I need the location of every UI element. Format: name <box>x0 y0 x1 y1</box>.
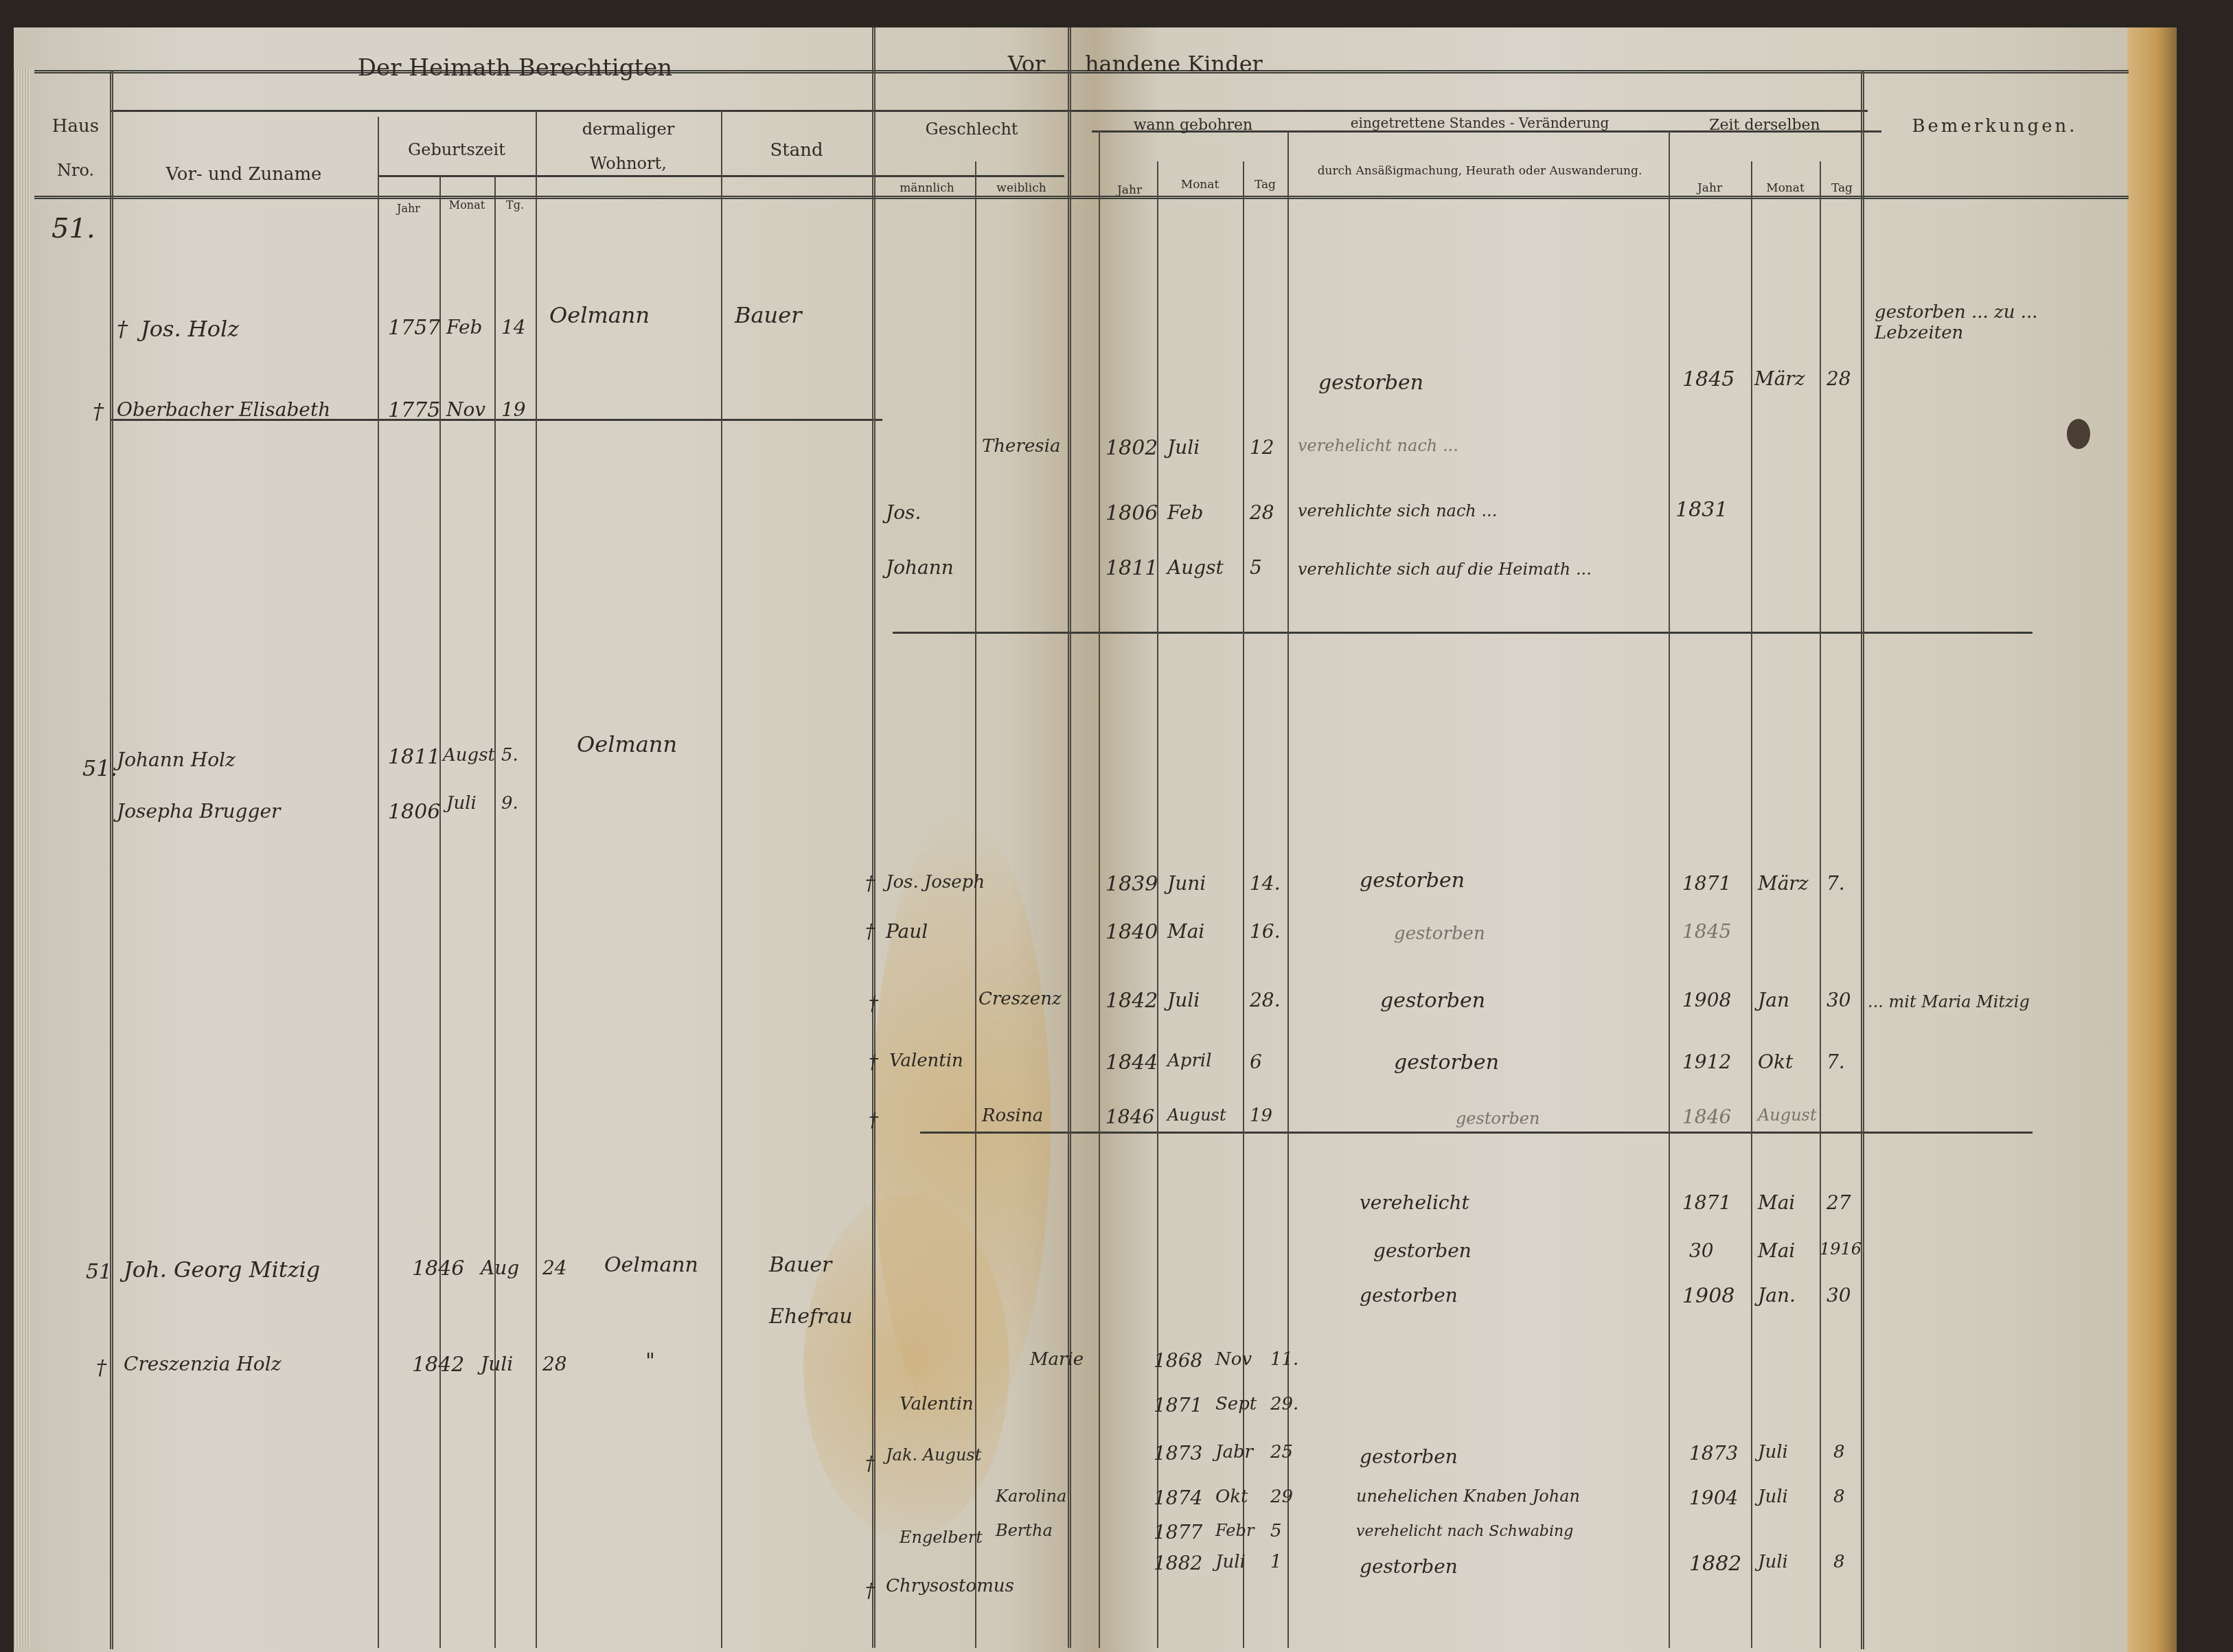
child-mark: † <box>865 920 875 943</box>
child-birth-year: 1844 <box>1106 1051 1158 1075</box>
header-veraenderung-sub: durch Ansäßigmachung, Heurath oder Auswa… <box>1312 165 1648 179</box>
child-birth-year: 1874 <box>1154 1487 1202 1509</box>
child-change: unehelichen Knaben Johan <box>1356 1487 1580 1506</box>
child-birth-day: 25 <box>1270 1442 1293 1462</box>
change-year: 1882 <box>1689 1552 1741 1576</box>
col-divider <box>872 27 875 1648</box>
house-number: 51. <box>82 755 117 781</box>
child-birth-month: Okt <box>1215 1487 1248 1507</box>
rule-header-bottom <box>34 196 2129 199</box>
child-birth-month: Sept <box>1215 1394 1257 1414</box>
child-birth-year: 1868 <box>1154 1349 1202 1372</box>
change-year: 1871 <box>1682 872 1731 895</box>
parent-birth-year: 1811 <box>388 745 440 769</box>
parent-birth-day: 19 <box>501 398 526 421</box>
child-birth-month: Juli <box>1215 1552 1246 1572</box>
child-female: Marie <box>1030 1349 1084 1370</box>
change-day: 7. <box>1827 872 1845 895</box>
header-geburtszeit: Geburtszeit <box>385 141 529 160</box>
header-wann-gebohren: wann gebohren <box>1102 117 1284 134</box>
child-change: verehelicht nach Schwabing <box>1356 1523 1573 1540</box>
header-maennlich: männlich <box>879 182 975 196</box>
header-kind-jahr: Jahr <box>1102 184 1157 198</box>
parent-birth-month: Augst <box>443 745 495 766</box>
change-year: 1904 <box>1689 1487 1738 1509</box>
col-divider <box>494 175 496 1648</box>
child-change: gestorben <box>1360 1445 1458 1468</box>
child-male: Valentin <box>900 1394 974 1414</box>
parent-birth-year: 1757 <box>388 316 440 340</box>
change-month: Juli <box>1758 1442 1788 1462</box>
change-day: 30 <box>1827 1284 1851 1307</box>
col-divider <box>1861 70 1864 1649</box>
change-month: August <box>1758 1105 1817 1125</box>
col-divider <box>1099 130 1100 1648</box>
child-birth-year: 1839 <box>1106 872 1158 896</box>
header-nro: Nro. <box>41 161 110 181</box>
child-birth-year: 1840 <box>1106 920 1158 944</box>
child-birth-day: 12 <box>1250 436 1274 459</box>
child-birth-month: Mai <box>1167 920 1204 943</box>
parent-status: Bauer <box>769 1253 832 1277</box>
header-bemerkungen: Bemerkungen. <box>1868 117 2122 137</box>
child-birth-month: Febr <box>1215 1521 1254 1540</box>
child-male: Engelbert <box>900 1528 983 1547</box>
change-month: Mai <box>1758 1239 1795 1262</box>
child-birth-day: 28 <box>1250 501 1274 524</box>
child-birth-day: 1 <box>1270 1552 1282 1572</box>
parent-birth-month: Aug <box>481 1257 519 1279</box>
change-year: 1908 <box>1682 989 1731 1011</box>
parent-birth-year: 1842 <box>412 1353 464 1377</box>
header-zeit-monat: Monat <box>1754 182 1816 196</box>
child-birth-year: 1871 <box>1154 1394 1202 1416</box>
child-birth-year: 1877 <box>1154 1521 1202 1544</box>
child-birth-day: 14. <box>1250 872 1281 895</box>
child-male: Chrysostomus <box>886 1576 1014 1596</box>
rule-subhead <box>110 110 1868 112</box>
child-birth-day: 29 <box>1270 1487 1293 1507</box>
header-wohnort-1: dermaliger <box>542 120 714 139</box>
col-divider <box>378 117 379 1648</box>
parent-birth-month: Nov <box>446 398 485 421</box>
header-stand: Stand <box>728 141 865 161</box>
house-number: 51. <box>51 213 95 244</box>
page-edges-left <box>14 69 30 1648</box>
change-year: 1845 <box>1682 920 1731 943</box>
parent-name: Oberbacher Elisabeth <box>117 398 330 421</box>
left-page-title: Der Heimath Berechtigten <box>275 55 755 82</box>
child-birth-day: 16. <box>1250 920 1281 943</box>
child-birth-month: Jabr <box>1215 1442 1253 1462</box>
parent-name: Josepha Brugger <box>117 800 280 823</box>
child-mark: † <box>865 1579 875 1602</box>
child-birth-day: 6 <box>1250 1051 1262 1073</box>
header-weiblich: weiblich <box>978 182 1064 196</box>
change-day: 28 <box>1827 367 1851 390</box>
col-divider <box>110 70 113 1649</box>
child-birth-month: April <box>1167 1051 1211 1071</box>
parent-residence: Oelmann <box>577 731 677 757</box>
status-change: gestorben <box>1360 1284 1458 1307</box>
change-month: Jan <box>1758 989 1789 1011</box>
child-female: Karolina <box>996 1487 1066 1506</box>
right-title-part1: Vor <box>989 51 1064 77</box>
change-month: Mai <box>1758 1191 1795 1214</box>
child-birth-day: 5 <box>1250 556 1262 579</box>
child-birth-month: Juli <box>1167 989 1200 1011</box>
child-birth-year: 1882 <box>1154 1552 1202 1574</box>
child-birth-year: 1806 <box>1106 501 1158 525</box>
parent-birth-day: 5. <box>501 745 518 766</box>
child-change: gestorben <box>1360 1555 1458 1578</box>
col-divider <box>536 110 537 1648</box>
change-year: 1873 <box>1689 1442 1738 1465</box>
parent-birth-month: Juli <box>481 1353 513 1375</box>
parent-birth-year: 1846 <box>412 1257 464 1281</box>
child-mark: † <box>869 1109 878 1132</box>
col-divider <box>439 175 441 1648</box>
child-mark: † <box>865 872 875 895</box>
child-change: gestorben <box>1456 1109 1539 1128</box>
parent-mark: † <box>96 1356 106 1380</box>
change-day: 8 <box>1833 1552 1845 1572</box>
gutter <box>1068 27 1071 1648</box>
child-male: Johann <box>886 556 954 579</box>
change-day: 1916 <box>1820 1239 1862 1259</box>
child-change: gestorben <box>1360 869 1465 893</box>
child-female: Bertha <box>996 1521 1053 1540</box>
change-year: 30 <box>1689 1239 1714 1262</box>
remark: gestorben ... zu ... Lebzeiten <box>1875 302 2108 343</box>
header-geb-jahr: Jahr <box>381 203 436 215</box>
change-day: 7. <box>1827 1051 1845 1073</box>
parent-mark: † <box>93 398 104 424</box>
status-change: gestorben <box>1318 371 1423 395</box>
page-edges-right <box>2127 27 2177 1652</box>
col-divider <box>1287 130 1289 1648</box>
parent-birth-day: 9. <box>501 793 518 814</box>
child-change: verehlichte sich auf die Heimath ... <box>1298 560 1641 579</box>
header-kind-monat: Monat <box>1160 179 1239 192</box>
col-divider <box>1751 161 1752 1648</box>
change-month: Juli <box>1758 1552 1788 1572</box>
child-mark: † <box>869 992 878 1015</box>
header-geb-monat: Monat <box>443 199 491 211</box>
child-female: Creszenz <box>978 989 1062 1009</box>
child-mark: † <box>865 1452 875 1475</box>
change-month: Jan. <box>1758 1284 1796 1307</box>
child-birth-month: August <box>1167 1105 1226 1125</box>
parent-birth-day: 14 <box>501 316 526 339</box>
child-male: Paul <box>886 920 928 943</box>
child-female: Theresia <box>982 436 1060 457</box>
child-birth-day: 28. <box>1250 989 1281 1011</box>
header-zeit-derselben: Zeit derselben <box>1672 117 1857 134</box>
ledger-book: Der Heimath Berechtigten Vor handene Kin… <box>14 27 2177 1652</box>
parent-status: Bauer <box>735 302 801 328</box>
change-month: März <box>1758 872 1809 895</box>
child-birth-month: Juli <box>1167 436 1200 459</box>
child-birth-year: 1846 <box>1106 1105 1154 1128</box>
child-change: gestorben <box>1394 923 1485 944</box>
child-birth-month: Augst <box>1167 556 1224 579</box>
change-year: 1871 <box>1682 1191 1731 1214</box>
header-wohnort-2: Wohnort, <box>542 154 714 174</box>
change-month: Juli <box>1758 1487 1788 1507</box>
child-birth-day: 19 <box>1250 1105 1272 1126</box>
change-day: 8 <box>1833 1442 1845 1462</box>
change-year: 1845 <box>1682 367 1734 391</box>
water-stain <box>803 1195 1009 1538</box>
change-day: 30 <box>1827 989 1851 1011</box>
header-veraenderung: eingetrettene Standes - Veränderung <box>1294 115 1665 131</box>
header-name: Vor- und Zuname <box>117 165 371 185</box>
child-birth-year: 1842 <box>1106 989 1158 1013</box>
parent-residence: Oelmann <box>549 302 650 328</box>
col-divider <box>975 161 976 1648</box>
child-male: Valentin <box>889 1051 963 1071</box>
parent-name: Johann Holz <box>117 748 236 771</box>
house-number: 51 <box>86 1260 112 1284</box>
change-year: 1846 <box>1682 1105 1731 1128</box>
rule-family-2-end <box>920 1132 2032 1134</box>
change-year: 1908 <box>1682 1284 1734 1308</box>
child-change: gestorben <box>1380 989 1485 1013</box>
child-change: verehelicht nach ... <box>1298 436 1458 455</box>
parent-birth-day: 28 <box>542 1353 567 1375</box>
parent-birth-year: 1806 <box>388 800 440 824</box>
change-year: 1831 <box>1675 498 1728 522</box>
status-change: verehelicht <box>1360 1191 1469 1214</box>
change-year: 1912 <box>1682 1051 1731 1073</box>
remark: ... mit Maria Mitzig <box>1868 992 2094 1011</box>
parent-name: Creszenzia Holz <box>124 1353 281 1375</box>
child-birth-year: 1802 <box>1106 436 1158 460</box>
col-divider <box>1669 130 1670 1648</box>
child-male: Jak. August <box>886 1445 981 1465</box>
child-birth-day: 29. <box>1270 1394 1298 1414</box>
child-change: gestorben <box>1394 1051 1499 1075</box>
child-birth-day: 11. <box>1270 1349 1298 1370</box>
parent-birth-month: Feb <box>446 316 482 339</box>
change-day: 8 <box>1833 1487 1845 1507</box>
child-birth-year: 1873 <box>1154 1442 1202 1465</box>
child-birth-month: Feb <box>1167 501 1203 524</box>
header-kind-tag: Tag <box>1246 179 1284 192</box>
parent-residence: Oelmann <box>604 1253 698 1277</box>
change-month: Okt <box>1758 1051 1793 1073</box>
child-birth-month: Juni <box>1167 872 1206 895</box>
header-zeit-jahr: Jahr <box>1672 182 1748 196</box>
child-male: Jos. Joseph <box>886 872 985 893</box>
right-title-part2: handene Kinder <box>1085 51 1291 77</box>
parent-name: Joh. Georg Mitzig <box>124 1257 320 1283</box>
change-month: März <box>1754 367 1805 390</box>
header-zeit-tag: Tag <box>1823 182 1861 196</box>
parent-mark: † <box>117 316 128 342</box>
col-divider <box>721 110 722 1648</box>
child-mark: † <box>869 1051 878 1073</box>
col-divider <box>1243 161 1244 1648</box>
parent-birth-month: Juli <box>446 793 477 814</box>
child-male: Jos. <box>886 501 921 524</box>
header-haus: Haus <box>41 117 110 137</box>
header-geschlecht: Geschlecht <box>879 120 1064 139</box>
status-change: gestorben <box>1373 1239 1472 1262</box>
parent-status: Ehefrau <box>769 1305 853 1329</box>
change-day: 27 <box>1827 1191 1851 1214</box>
ink-spot <box>2067 419 2090 449</box>
col-divider <box>1820 161 1821 1648</box>
child-birth-month: Nov <box>1215 1349 1252 1370</box>
header-geb-tag: Tg. <box>498 199 532 211</box>
child-birth-day: 5 <box>1270 1521 1282 1541</box>
parent-birth-day: 24 <box>542 1257 567 1279</box>
child-change: verehlichte sich nach ... <box>1298 501 1497 520</box>
parent-residence: " <box>645 1349 655 1373</box>
parent-name: Jos. Holz <box>141 316 239 342</box>
child-female: Rosina <box>982 1105 1043 1126</box>
col-divider <box>1157 161 1158 1648</box>
child-birth-year: 1811 <box>1106 556 1158 580</box>
parent-birth-year: 1775 <box>388 398 440 422</box>
